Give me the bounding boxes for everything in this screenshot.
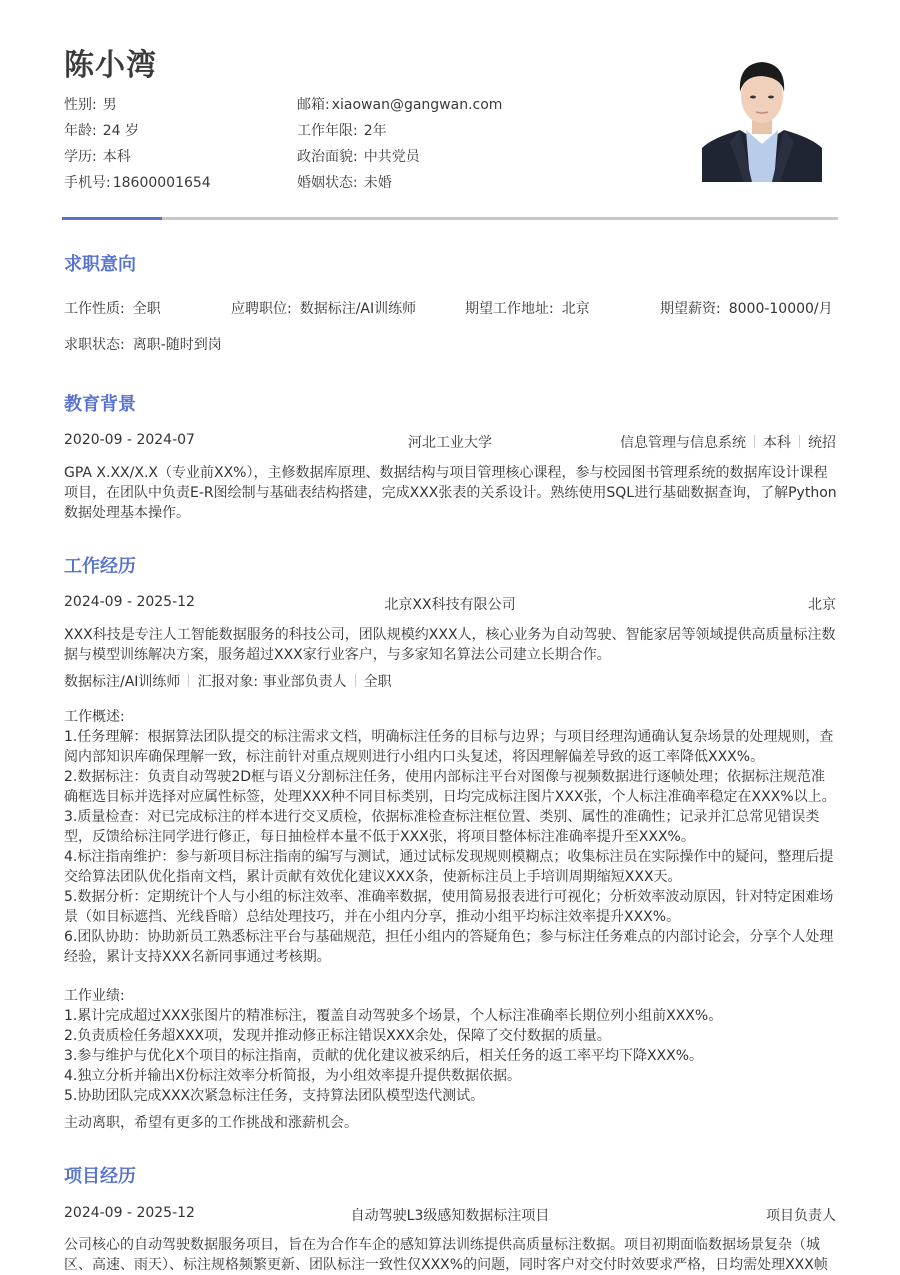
project-description: 公司核心的自动驾驶数据服务项目，旨在为合作车企的感知算法训练提供高质量标注数据。… [64, 1235, 836, 1275]
intent-salary: 期望薪资:8000-10000/月 [660, 298, 833, 318]
company-desc-line: XXX科技是专注人工智能数据服务的科技公司，团队规模约XXX人，核心业务为自动驾… [64, 625, 836, 645]
intent-label: 求职状态: [64, 337, 125, 353]
leave-reason-text: 主动离职，希望有更多的工作挑战和涨薪机会。 [64, 1113, 836, 1133]
company-desc-line: 据与模型训练解决方案，服务超过XXX家行业客户，与多家知名算法公司建立长期合作。 [64, 645, 836, 665]
project-role: 项目负责人 [766, 1205, 836, 1225]
education-header-row: 2020-09 - 2024-07 河北工业大学 信息管理与信息系统本科统招 [64, 432, 836, 452]
info-value: 18600001654 [113, 175, 211, 191]
work-company: 北京XX科技有限公司 [64, 594, 836, 614]
info-label: 年龄: [64, 123, 97, 139]
work-achievements: 工作业绩: 1.累计完成超过XXX张图片的精准标注，覆盖自动驾驶多个场景，个人标… [64, 986, 836, 1106]
info-value: 本科 [103, 149, 131, 165]
info-label: 邮箱: [297, 97, 330, 113]
info-label: 性别: [64, 97, 97, 113]
education-degree: 本科 [763, 435, 791, 451]
info-work-years: 工作年限:2年 [297, 121, 387, 141]
work-overview-title: 工作概述: [64, 707, 836, 727]
work-achievement-line: 1.累计完成超过XXX张图片的精准标注，覆盖自动驾驶多个场景，个人标注准确率长期… [64, 1006, 836, 1026]
separator [188, 674, 189, 687]
work-achievement-line: 3.参与维护与优化X个项目的标注指南，贡献的优化建议被采纳后，相关任务的返工率平… [64, 1046, 836, 1066]
education-desc-line: GPA X.XX/X.X（专业前XX%），主修数据库原理、数据结构与项目管理核心… [64, 463, 836, 483]
intent-label: 应聘职位: [231, 301, 292, 317]
work-achievements-title: 工作业绩: [64, 986, 836, 1006]
info-label: 工作年限: [297, 123, 358, 139]
info-value: 24 岁 [103, 123, 139, 139]
work-report-to: 汇报对象: 事业部负责人 [197, 674, 346, 690]
intent-position: 应聘职位:数据标注/AI训练师 [231, 298, 416, 318]
intent-status: 求职状态:离职-随时到岗 [64, 334, 222, 354]
intent-value: 北京 [562, 301, 590, 317]
work-overview-line: 4.标注指南维护：参与新项目标注指南的编写与测试，通过试标发现规则模糊点；收集标… [64, 847, 836, 867]
info-phone: 手机号:18600001654 [64, 173, 211, 193]
info-political-status: 政治面貌:中共党员 [297, 147, 420, 167]
work-overview: 工作概述: 1.任务理解：根据算法团队提交的标注需求文档，明确标注任务的目标与边… [64, 707, 836, 967]
work-role-row: 数据标注/AI训练师汇报对象: 事业部负责人全职 [64, 672, 836, 692]
info-email: 邮箱:xiaowan@gangwan.com [297, 95, 502, 115]
education-desc-line: 数据处理基本操作。 [64, 503, 836, 523]
work-achievement-line: 5.协助团队完成XXX次紧急标注任务，支持算法团队模型迭代测试。 [64, 1086, 836, 1106]
section-title-work: 工作经历 [64, 552, 136, 578]
avatar-photo [702, 52, 822, 182]
work-leave-reason: 主动离职，希望有更多的工作挑战和涨薪机会。 [64, 1113, 836, 1133]
intent-value: 8000-10000/月 [729, 301, 833, 317]
work-achievement-line: 2.负责质检任务超XXX项，发现并推动修正标注错误XXX余处，保障了交付数据的质… [64, 1026, 836, 1046]
intent-label: 期望工作地址: [465, 301, 554, 317]
section-title-project: 项目经历 [64, 1162, 136, 1188]
work-overview-line: 确框选目标并选择对应属性标签，处理XXX种不同目标类别，日均完成标注图片XXX张… [64, 787, 836, 807]
project-desc-line: 公司核心的自动驾驶数据服务项目，旨在为合作车企的感知算法训练提供高质量标注数据。… [64, 1235, 836, 1255]
project-name: 自动驾驶L3级感知数据标注项目 [64, 1205, 836, 1225]
info-label: 学历: [64, 149, 97, 165]
education-description: GPA X.XX/X.X（专业前XX%），主修数据库原理、数据结构与项目管理核心… [64, 463, 836, 523]
intent-location: 期望工作地址:北京 [465, 298, 590, 318]
work-header-row: 2024-09 - 2025-12 北京XX科技有限公司 北京 [64, 594, 836, 614]
work-employment-type: 全职 [364, 674, 392, 690]
work-overview-line: 2.数据标注：负责自动驾驶2D框与语义分割标注任务，使用内部标注平台对图像与视频… [64, 767, 836, 787]
work-overview-line: 经验，累计支持XXX名新同事通过考核期。 [64, 947, 836, 967]
header-divider-accent [62, 217, 162, 220]
info-value: 2年 [364, 123, 387, 139]
info-education: 学历:本科 [64, 147, 131, 167]
education-major: 信息管理与信息系统 [620, 435, 746, 451]
work-overview-line: 景（如目标遮挡、光线昏暗）总结处理技巧，并在小组内分享，推动小组平均标注效率提升… [64, 907, 836, 927]
intent-value: 离职-随时到岗 [133, 337, 222, 353]
section-title-education: 教育背景 [64, 390, 136, 416]
header-divider [62, 217, 838, 220]
project-header-row: 2024-09 - 2025-12 自动驾驶L3级感知数据标注项目 项目负责人 [64, 1205, 836, 1225]
section-title-job-intent: 求职意向 [64, 250, 136, 276]
separator [355, 674, 356, 687]
info-age: 年龄:24 岁 [64, 121, 139, 141]
info-value: 未婚 [364, 175, 392, 191]
intent-work-type: 工作性质:全职 [64, 298, 161, 318]
work-overview-line: 1.任务理解：根据算法团队提交的标注需求文档，明确标注任务的目标与边界；与项目经… [64, 727, 836, 747]
info-label: 婚姻状态: [297, 175, 358, 191]
work-role: 数据标注/AI训练师 [64, 674, 180, 690]
intent-label: 期望薪资: [660, 301, 721, 317]
intent-value: 数据标注/AI训练师 [300, 301, 416, 317]
work-overview-line: 6.团队协助：协助新员工熟悉标注平台与基础规范，担任小组内的答疑角色；参与标注任… [64, 927, 836, 947]
separator [754, 435, 755, 448]
info-value: xiaowan@gangwan.com [332, 97, 503, 113]
intent-value: 全职 [133, 301, 161, 317]
intent-label: 工作性质: [64, 301, 125, 317]
candidate-name: 陈小湾 [64, 40, 157, 84]
info-value: 中共党员 [364, 149, 420, 165]
work-overview-line: 交给算法团队优化指南文档，累计贡献有效优化建议XXX条，使新标注员上手培训周期缩… [64, 867, 836, 887]
person-portrait-icon [702, 52, 822, 182]
work-overview-line: 型，反馈给标注同学进行修正，每日抽检样本量不低于XXX张，将项目整体标注准确率提… [64, 827, 836, 847]
education-type: 统招 [808, 435, 836, 451]
work-location: 北京 [808, 594, 836, 614]
company-description: XXX科技是专注人工智能数据服务的科技公司，团队规模约XXX人，核心业务为自动驾… [64, 625, 836, 665]
education-desc-line: 项目，在团队中负责E-R图绘制与基础表结构搭建，完成XXX张表的关系设计。熟练使… [64, 483, 836, 503]
info-value: 男 [103, 97, 117, 113]
education-meta: 信息管理与信息系统本科统招 [620, 432, 836, 452]
info-marital-status: 婚姻状态:未婚 [297, 173, 392, 193]
work-overview-line: 5.数据分析：定期统计个人与小组的标注效率、准确率数据，使用简易报表进行可视化；… [64, 887, 836, 907]
info-gender: 性别:男 [64, 95, 117, 115]
work-overview-line: 3.质量检查：对已完成标注的样本进行交叉质检，依据标准检查标注框位置、类别、属性… [64, 807, 836, 827]
separator [799, 435, 800, 448]
work-achievement-line: 4.独立分析并输出X份标注效率分析简报，为小组效率提升提供数据依据。 [64, 1066, 836, 1086]
info-label: 政治面貌: [297, 149, 358, 165]
resume-page: 陈小湾 性别:男 年龄:24 岁 学历:本科 手机号:18600001654 邮… [0, 0, 900, 1275]
info-label: 手机号: [64, 175, 111, 191]
project-desc-line: 区、高速、雨天）、标注规格频繁更新、团队标注一致性仅XXX%的问题，同时客户对交… [64, 1255, 836, 1275]
work-overview-line: 阅内部知识库确保理解一致，标注前针对重点规则进行小组内口头复述，将因理解偏差导致… [64, 747, 836, 767]
